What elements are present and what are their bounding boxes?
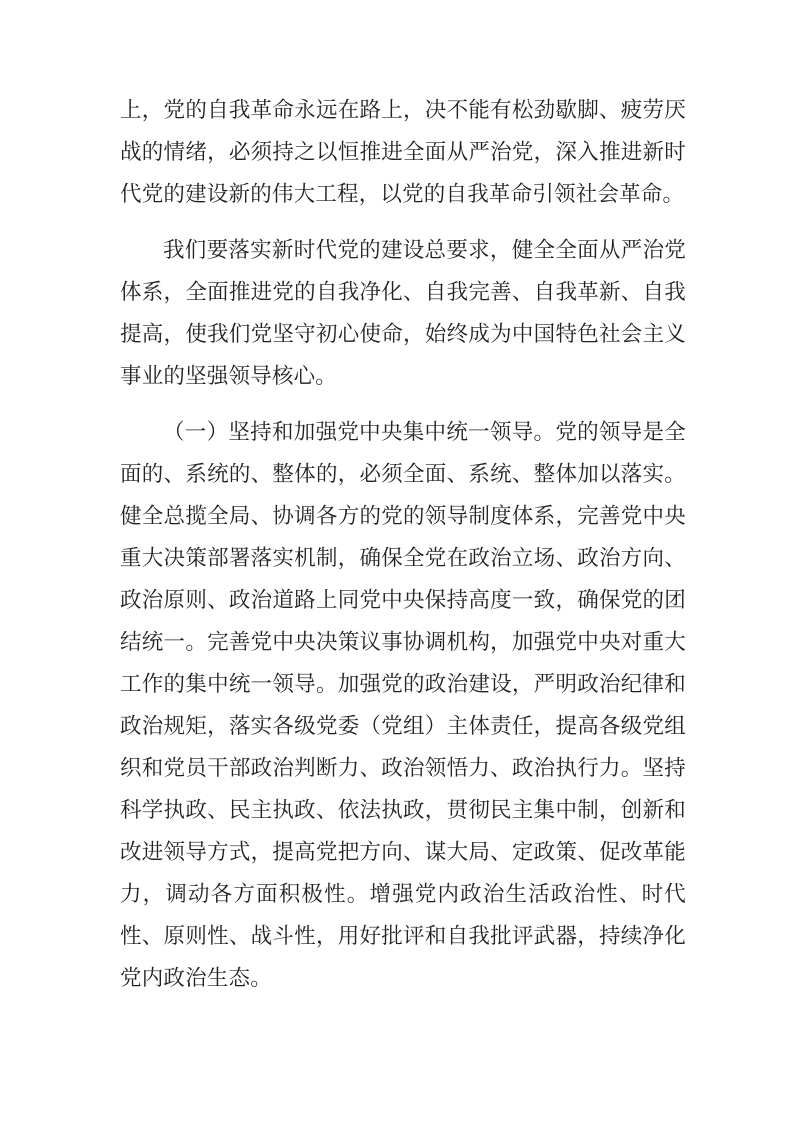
paragraph-continuation: 上，党的自我革命永远在路上，决不能有松劲歇脚、疲劳厌战的情绪，必须持之以恒推进全… [120,89,686,215]
paragraph-general-requirements: 我们要落实新时代党的建设总要求，健全全面从严治党体系，全面推进党的自我净化、自我… [120,229,686,397]
document-page: 上，党的自我革命永远在路上，决不能有松劲歇脚、疲劳厌战的情绪，必须持之以恒推进全… [0,0,800,1131]
document-text-block: 上，党的自我革命永远在路上，决不能有松劲歇脚、疲劳厌战的情绪，必须持之以恒推进全… [120,89,686,1013]
paragraph-section-one-central-leadership: （一）坚持和加强党中央集中统一领导。党的领导是全面的、系统的、整体的，必须全面、… [120,411,686,999]
